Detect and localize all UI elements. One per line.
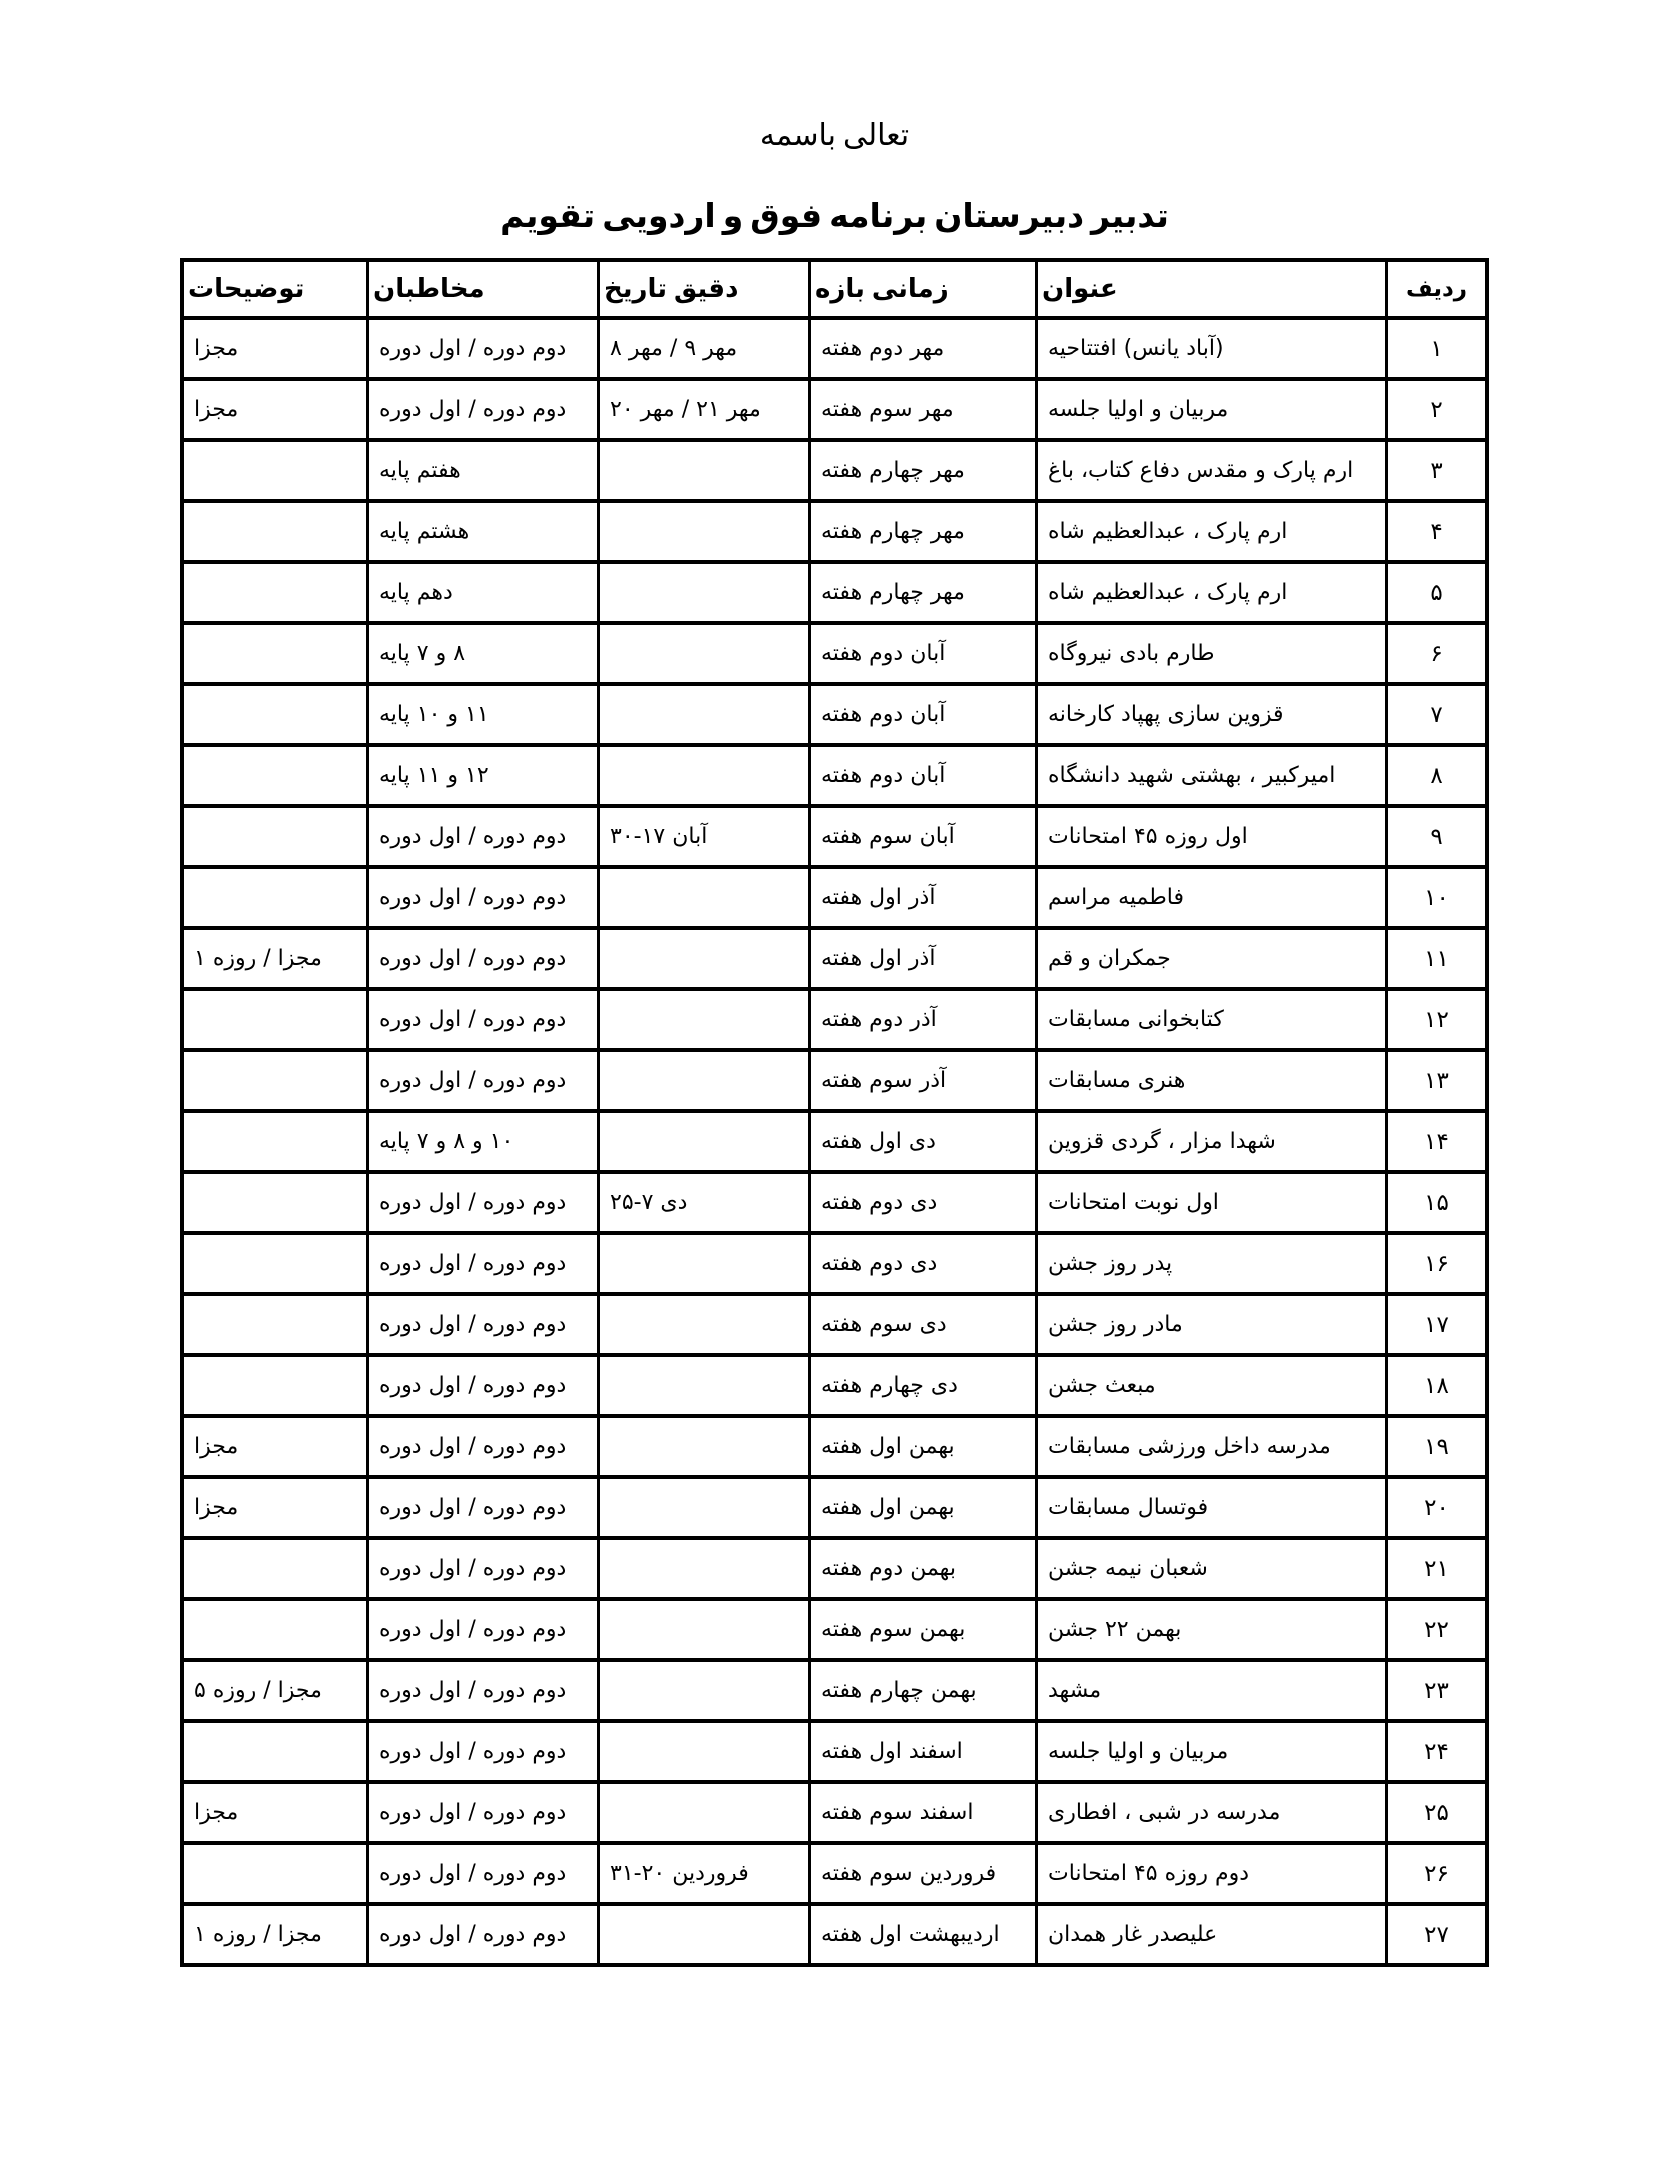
table-header-row: ردیفعنوانبازهزمانیتاریخدقیقمخاطبانتوضیحا… bbox=[184, 262, 1485, 320]
cell-date bbox=[597, 1723, 808, 1780]
cell-index: ۲ bbox=[1385, 381, 1485, 438]
table-row: ۲۴جلسهاولیاومربیانهفتهاولاسفنددورهاول/دو… bbox=[184, 1723, 1485, 1784]
cell-date bbox=[597, 930, 808, 987]
cell-notes bbox=[184, 1601, 366, 1658]
cell-title: کارخانهپهپادسازیقزوین bbox=[1035, 686, 1385, 743]
cell-notes: مجزا bbox=[184, 1784, 366, 1841]
cell-index: ۱۲ bbox=[1385, 991, 1485, 1048]
cell-audience: دورهاول/دورهدوم bbox=[366, 1479, 597, 1536]
cell-audience: دورهاول/دورهدوم bbox=[366, 1418, 597, 1475]
cell-index: ۱۰ bbox=[1385, 869, 1485, 926]
cell-date bbox=[597, 1540, 808, 1597]
cell-period: هفتهاولاردیبهشت bbox=[808, 1906, 1035, 1963]
cell-period: هفتهسومبهمن bbox=[808, 1601, 1035, 1658]
cell-notes bbox=[184, 1357, 366, 1414]
cell-index: ۱۴ bbox=[1385, 1113, 1485, 1170]
cell-notes bbox=[184, 503, 366, 560]
cell-title: شاهعبدالعظیم،پارکارم bbox=[1035, 564, 1385, 621]
column-header-date: تاریخدقیق bbox=[597, 262, 808, 316]
cell-audience: دورهاول/دورهدوم bbox=[366, 1906, 597, 1963]
cell-title: مشهد bbox=[1035, 1662, 1385, 1719]
cell-audience: دورهاول/دورهدوم bbox=[366, 1174, 597, 1231]
cell-audience: پایههشتم bbox=[366, 503, 597, 560]
cell-period: هفتهدومدی bbox=[808, 1174, 1035, 1231]
cell-title: باغکتاب،دفاعمقدسوپارکارم bbox=[1035, 442, 1385, 499]
cell-date bbox=[597, 1296, 808, 1353]
cell-index: ۱۹ bbox=[1385, 1418, 1485, 1475]
cell-notes bbox=[184, 564, 366, 621]
cell-notes bbox=[184, 1052, 366, 1109]
cell-title: دانشگاهشهیدبهشتی،امیرکبیر bbox=[1035, 747, 1385, 804]
page-title: تقویماردوییوفوقبرنامهدبیرستانتدبیر bbox=[0, 196, 1669, 235]
table-row: ۹امتحانات۴۵روزهاولهفتهسومآبان۳۰-۱۷آباندو… bbox=[184, 808, 1485, 869]
cell-title: امتحانات۴۵روزهاول bbox=[1035, 808, 1385, 865]
cell-period: هفتهچهارممهر bbox=[808, 503, 1035, 560]
table-row: ۱۴قزوینگردی،مزارشهداهفتهاولدیپایه۷و۸و۱۰ bbox=[184, 1113, 1485, 1174]
column-header-index: ردیف bbox=[1385, 262, 1485, 316]
table-row: ۲۳مشهدهفتهچهارمبهمندورهاول/دورهدوم۵روزه/… bbox=[184, 1662, 1485, 1723]
cell-title: همدانغارعلیصدر bbox=[1035, 1906, 1385, 1963]
cell-audience: پایهدهم bbox=[366, 564, 597, 621]
cell-notes: مجزا bbox=[184, 1479, 366, 1536]
cell-period: هفتهچهارممهر bbox=[808, 442, 1035, 499]
cell-date bbox=[597, 1357, 808, 1414]
cell-audience: پایه۷و۸و۱۰ bbox=[366, 1113, 597, 1170]
cell-notes bbox=[184, 1845, 366, 1902]
cell-title: نیروگاهبادیطارم bbox=[1035, 625, 1385, 682]
cell-date bbox=[597, 1601, 808, 1658]
cell-period: هفتهاولآذر bbox=[808, 930, 1035, 987]
cell-date bbox=[597, 747, 808, 804]
cell-audience: دورهاول/دورهدوم bbox=[366, 1601, 597, 1658]
cell-notes bbox=[184, 1235, 366, 1292]
cell-date bbox=[597, 1662, 808, 1719]
cell-period: هفتهچهارمدی bbox=[808, 1357, 1035, 1414]
cell-audience: دورهاول/دورهدوم bbox=[366, 381, 597, 438]
cell-title: مسابقاتورزشیداخلمدرسه bbox=[1035, 1418, 1385, 1475]
calendar-table: ردیفعنوانبازهزمانیتاریخدقیقمخاطبانتوضیحا… bbox=[180, 258, 1489, 1967]
cell-notes bbox=[184, 1540, 366, 1597]
cell-audience: پایههفتم bbox=[366, 442, 597, 499]
cell-audience: پایه۷و۸ bbox=[366, 625, 597, 682]
cell-index: ۳ bbox=[1385, 442, 1485, 499]
cell-date: ۳۱-۲۰فروردین bbox=[597, 1845, 808, 1902]
table-row: ۱۳مسابقاتهنریهفتهسومآذردورهاول/دورهدوم bbox=[184, 1052, 1485, 1113]
cell-index: ۲۰ bbox=[1385, 1479, 1485, 1536]
cell-notes bbox=[184, 686, 366, 743]
cell-index: ۲۵ bbox=[1385, 1784, 1485, 1841]
cell-period: هفتهدومآبان bbox=[808, 625, 1035, 682]
column-header-period: بازهزمانی bbox=[808, 262, 1035, 316]
table-row: ۲جلسهاولیاومربیانهفتهسوممهر۲۰مهر/۲۱مهردو… bbox=[184, 381, 1485, 442]
table-row: ۳باغکتاب،دفاعمقدسوپارکارمهفتهچهارممهرپای… bbox=[184, 442, 1485, 503]
cell-date: ۸مهر/۹مهر bbox=[597, 320, 808, 377]
cell-title: جلسهاولیاومربیان bbox=[1035, 1723, 1385, 1780]
cell-index: ۲۱ bbox=[1385, 1540, 1485, 1597]
cell-notes: مجزا bbox=[184, 1418, 366, 1475]
cell-index: ۱ bbox=[1385, 320, 1485, 377]
cell-period: هفتهدومبهمن bbox=[808, 1540, 1035, 1597]
cell-date bbox=[597, 503, 808, 560]
cell-notes: ۱روزه/مجزا bbox=[184, 1906, 366, 1963]
cell-index: ۱۱ bbox=[1385, 930, 1485, 987]
cell-audience: دورهاول/دورهدوم bbox=[366, 1723, 597, 1780]
cell-audience: پایه۱۰و۱۱ bbox=[366, 686, 597, 743]
cell-date: ۲۰مهر/۲۱مهر bbox=[597, 381, 808, 438]
cell-date bbox=[597, 625, 808, 682]
cell-index: ۷ bbox=[1385, 686, 1485, 743]
cell-notes: ۱روزه/مجزا bbox=[184, 930, 366, 987]
cell-notes bbox=[184, 1113, 366, 1170]
cell-date bbox=[597, 991, 808, 1048]
cell-index: ۲۲ bbox=[1385, 1601, 1485, 1658]
table-row: ۱۹مسابقاتورزشیداخلمدرسههفتهاولبهمندورهاو… bbox=[184, 1418, 1485, 1479]
cell-date: ۳۰-۱۷آبان bbox=[597, 808, 808, 865]
cell-index: ۲۳ bbox=[1385, 1662, 1485, 1719]
cell-date bbox=[597, 442, 808, 499]
cell-period: هفتهسومفروردین bbox=[808, 1845, 1035, 1902]
cell-notes bbox=[184, 808, 366, 865]
cell-title: جشنروزپدر bbox=[1035, 1235, 1385, 1292]
cell-title: جشن۲۲بهمن bbox=[1035, 1601, 1385, 1658]
cell-title: قزوینگردی،مزارشهدا bbox=[1035, 1113, 1385, 1170]
cell-title: جشنمبعث bbox=[1035, 1357, 1385, 1414]
cell-period: هفتهاولدی bbox=[808, 1113, 1035, 1170]
cell-index: ۸ bbox=[1385, 747, 1485, 804]
cell-index: ۴ bbox=[1385, 503, 1485, 560]
cell-notes bbox=[184, 1296, 366, 1353]
cell-period: هفتهچهارمبهمن bbox=[808, 1662, 1035, 1719]
cell-audience: دورهاول/دورهدوم bbox=[366, 930, 597, 987]
cell-audience: دورهاول/دورهدوم bbox=[366, 1845, 597, 1902]
cell-period: هفتهسوممهر bbox=[808, 381, 1035, 438]
cell-date bbox=[597, 1418, 808, 1475]
cell-date bbox=[597, 1235, 808, 1292]
cell-period: هفتهسوماسفند bbox=[808, 1784, 1035, 1841]
cell-notes: مجزا bbox=[184, 320, 366, 377]
cell-audience: دورهاول/دورهدوم bbox=[366, 1235, 597, 1292]
cell-title: مسابقاتهنری bbox=[1035, 1052, 1385, 1109]
cell-notes bbox=[184, 991, 366, 1048]
cell-notes bbox=[184, 1723, 366, 1780]
cell-index: ۱۸ bbox=[1385, 1357, 1485, 1414]
cell-date bbox=[597, 1479, 808, 1536]
cell-title: جلسهاولیاومربیان bbox=[1035, 381, 1385, 438]
table-row: ۴شاهعبدالعظیم،پارکارمهفتهچهارممهرپایههشت… bbox=[184, 503, 1485, 564]
cell-title: قموجمکران bbox=[1035, 930, 1385, 987]
table-row: ۱افتتاحیه(یانسآباد)هفتهدوممهر۸مهر/۹مهردو… bbox=[184, 320, 1485, 381]
cell-index: ۱۷ bbox=[1385, 1296, 1485, 1353]
table-row: ۸دانشگاهشهیدبهشتی،امیرکبیرهفتهدومآبانپای… bbox=[184, 747, 1485, 808]
table-row: ۲۲جشن۲۲بهمنهفتهسومبهمندورهاول/دورهدوم bbox=[184, 1601, 1485, 1662]
cell-date bbox=[597, 1052, 808, 1109]
cell-title: جشنروزمادر bbox=[1035, 1296, 1385, 1353]
cell-audience: دورهاول/دورهدوم bbox=[366, 991, 597, 1048]
table-row: ۱۷جشنروزمادرهفتهسومدیدورهاول/دورهدوم bbox=[184, 1296, 1485, 1357]
cell-title: افطاری،شبیدرمدرسه bbox=[1035, 1784, 1385, 1841]
cell-notes bbox=[184, 869, 366, 926]
cell-title: مراسمفاطمیه bbox=[1035, 869, 1385, 926]
cell-audience: دورهاول/دورهدوم bbox=[366, 1052, 597, 1109]
cell-period: هفتهدوممهر bbox=[808, 320, 1035, 377]
table-row: ۲۵افطاری،شبیدرمدرسههفتهسوماسفنددورهاول/د… bbox=[184, 1784, 1485, 1845]
cell-date bbox=[597, 564, 808, 621]
table-row: ۱۸جشنمبعثهفتهچهارمدیدورهاول/دورهدوم bbox=[184, 1357, 1485, 1418]
table-body: ۱افتتاحیه(یانسآباد)هفتهدوممهر۸مهر/۹مهردو… bbox=[184, 320, 1485, 1963]
cell-notes: مجزا bbox=[184, 381, 366, 438]
table-row: ۶نیروگاهبادیطارمهفتهدومآبانپایه۷و۸ bbox=[184, 625, 1485, 686]
cell-index: ۲۷ bbox=[1385, 1906, 1485, 1963]
cell-notes bbox=[184, 625, 366, 682]
cell-date bbox=[597, 1113, 808, 1170]
cell-period: هفتهاولبهمن bbox=[808, 1479, 1035, 1536]
cell-period: هفتهسومدی bbox=[808, 1296, 1035, 1353]
cell-title: شاهعبدالعظیم،پارکارم bbox=[1035, 503, 1385, 560]
cell-period: هفتهدومدی bbox=[808, 1235, 1035, 1292]
cell-audience: دورهاول/دورهدوم bbox=[366, 869, 597, 926]
cell-period: هفتهدومآبان bbox=[808, 747, 1035, 804]
cell-period: هفتهاولآذر bbox=[808, 869, 1035, 926]
cell-index: ۲۴ bbox=[1385, 1723, 1485, 1780]
cell-title: امتحاناتنوبتاول bbox=[1035, 1174, 1385, 1231]
table-row: ۲۰مسابقاتفوتسالهفتهاولبهمندورهاول/دورهدو… bbox=[184, 1479, 1485, 1540]
cell-title: افتتاحیه(یانسآباد) bbox=[1035, 320, 1385, 377]
table-row: ۱۵امتحاناتنوبتاولهفتهدومدی۲۵-۷دیدورهاول/… bbox=[184, 1174, 1485, 1235]
cell-period: هفتهسومآذر bbox=[808, 1052, 1035, 1109]
cell-date bbox=[597, 1784, 808, 1841]
table-row: ۵شاهعبدالعظیم،پارکارمهفتهچهارممهرپایهدهم bbox=[184, 564, 1485, 625]
cell-audience: دورهاول/دورهدوم bbox=[366, 1296, 597, 1353]
cell-index: ۱۶ bbox=[1385, 1235, 1485, 1292]
cell-date bbox=[597, 686, 808, 743]
cell-period: هفتهدومآبان bbox=[808, 686, 1035, 743]
cell-date bbox=[597, 869, 808, 926]
cell-audience: دورهاول/دورهدوم bbox=[366, 320, 597, 377]
table-row: ۲۱جشننیمهشعبانهفتهدومبهمندورهاول/دورهدوم bbox=[184, 1540, 1485, 1601]
cell-index: ۶ bbox=[1385, 625, 1485, 682]
cell-title: مسابقاتفوتسال bbox=[1035, 1479, 1385, 1536]
cell-title: امتحانات۴۵روزهدوم bbox=[1035, 1845, 1385, 1902]
cell-period: هفتهسومآبان bbox=[808, 808, 1035, 865]
cell-audience: دورهاول/دورهدوم bbox=[366, 1357, 597, 1414]
table-row: ۲۷همدانغارعلیصدرهفتهاولاردیبهشتدورهاول/د… bbox=[184, 1906, 1485, 1963]
cell-index: ۱۵ bbox=[1385, 1174, 1485, 1231]
table-row: ۱۲مسابقاتکتابخوانیهفتهدومآذردورهاول/دوره… bbox=[184, 991, 1485, 1052]
cell-notes: ۵روزه/مجزا bbox=[184, 1662, 366, 1719]
table-row: ۱۱قموجمکرانهفتهاولآذردورهاول/دورهدوم۱روز… bbox=[184, 930, 1485, 991]
cell-period: هفتهاولبهمن bbox=[808, 1418, 1035, 1475]
cell-period: هفتهاولاسفند bbox=[808, 1723, 1035, 1780]
cell-audience: پایه۱۱و۱۲ bbox=[366, 747, 597, 804]
cell-audience: دورهاول/دورهدوم bbox=[366, 1784, 597, 1841]
cell-date: ۲۵-۷دی bbox=[597, 1174, 808, 1231]
cell-date bbox=[597, 1906, 808, 1963]
cell-notes bbox=[184, 442, 366, 499]
table-row: ۱۰مراسمفاطمیههفتهاولآذردورهاول/دورهدوم bbox=[184, 869, 1485, 930]
cell-index: ۹ bbox=[1385, 808, 1485, 865]
cell-index: ۲۶ bbox=[1385, 1845, 1485, 1902]
cell-title: جشننیمهشعبان bbox=[1035, 1540, 1385, 1597]
table-row: ۲۶امتحانات۴۵روزهدومهفتهسومفروردین۳۱-۲۰فر… bbox=[184, 1845, 1485, 1906]
cell-index: ۱۳ bbox=[1385, 1052, 1485, 1109]
cell-index: ۵ bbox=[1385, 564, 1485, 621]
column-header-title: عنوان bbox=[1035, 262, 1385, 316]
cell-audience: دورهاول/دورهدوم bbox=[366, 808, 597, 865]
cell-audience: دورهاول/دورهدوم bbox=[366, 1540, 597, 1597]
column-header-notes: توضیحات bbox=[184, 262, 366, 316]
cell-notes bbox=[184, 747, 366, 804]
table-row: ۱۶جشنروزپدرهفتهدومدیدورهاول/دورهدوم bbox=[184, 1235, 1485, 1296]
cell-notes bbox=[184, 1174, 366, 1231]
cell-period: هفتهچهارممهر bbox=[808, 564, 1035, 621]
cell-audience: دورهاول/دورهدوم bbox=[366, 1662, 597, 1719]
cell-title: مسابقاتکتابخوانی bbox=[1035, 991, 1385, 1048]
cell-period: هفتهدومآذر bbox=[808, 991, 1035, 1048]
table-row: ۷کارخانهپهپادسازیقزوینهفتهدومآبانپایه۱۰و… bbox=[184, 686, 1485, 747]
column-header-audience: مخاطبان bbox=[366, 262, 597, 316]
bismillah-text: باسمهتعالی bbox=[0, 118, 1669, 153]
